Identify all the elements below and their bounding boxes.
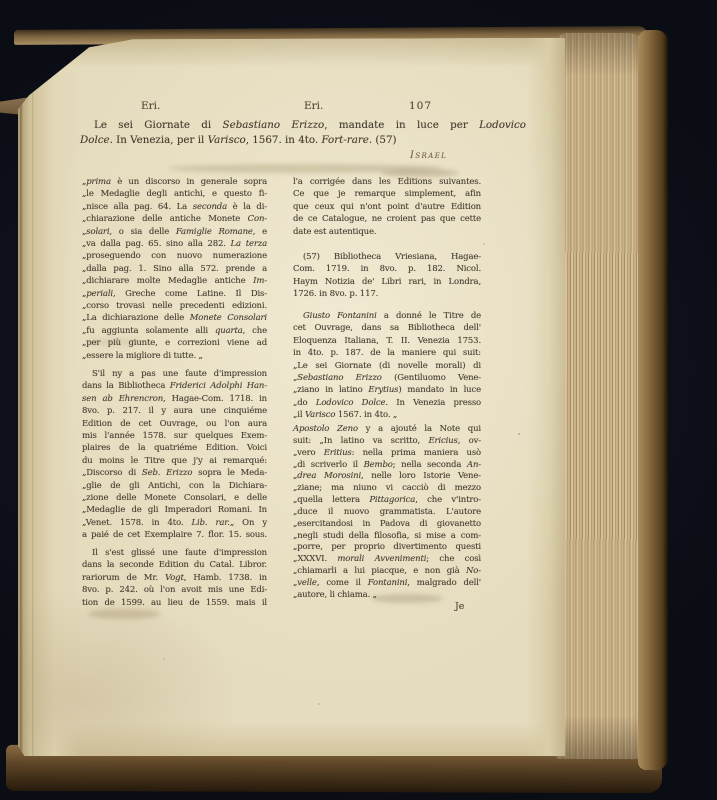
right-column-footnote-57: (57) Bibliotheca Vriesiana, Hagae-Com. 1… (293, 251, 481, 301)
right-column-paragraph-1: l'a corrigée dans les Editions suivantes… (293, 176, 481, 238)
right-column-paragraph-4: Apostolo Zeno y a ajouté la Note quisuit… (293, 424, 481, 602)
left-column-paragraph-3: Il s'est glissé une faute d'impressionda… (82, 547, 267, 609)
running-header-right: Eri. (304, 100, 323, 112)
right-column-paragraph-3: Giusto Fontanini a donné le Titre decet … (293, 310, 481, 422)
book-fore-edge-pages (555, 33, 644, 759)
printed-text-block: Eri. Eri. 107 Le sei Giornate di Sebasti… (18, 38, 565, 756)
catchword: Je (455, 601, 464, 612)
book-page: Eri. Eri. 107 Le sei Giornate di Sebasti… (18, 38, 565, 756)
photo-background: Eri. Eri. 107 Le sei Giornate di Sebasti… (0, 0, 717, 800)
left-column-paragraph-1: „prima è un discorso in generale sopra„l… (82, 176, 267, 362)
book-cover-band (638, 30, 668, 770)
running-header-left: Eri. (141, 100, 160, 112)
handwritten-annotation: Israel (410, 150, 447, 161)
entry-title: Le sei Giornate di Sebastiano Erizzo, ma… (80, 118, 526, 148)
left-column-paragraph-2: S'il ny a pas une faute d'impressiondans… (82, 368, 267, 542)
page-number: 107 (409, 100, 432, 112)
